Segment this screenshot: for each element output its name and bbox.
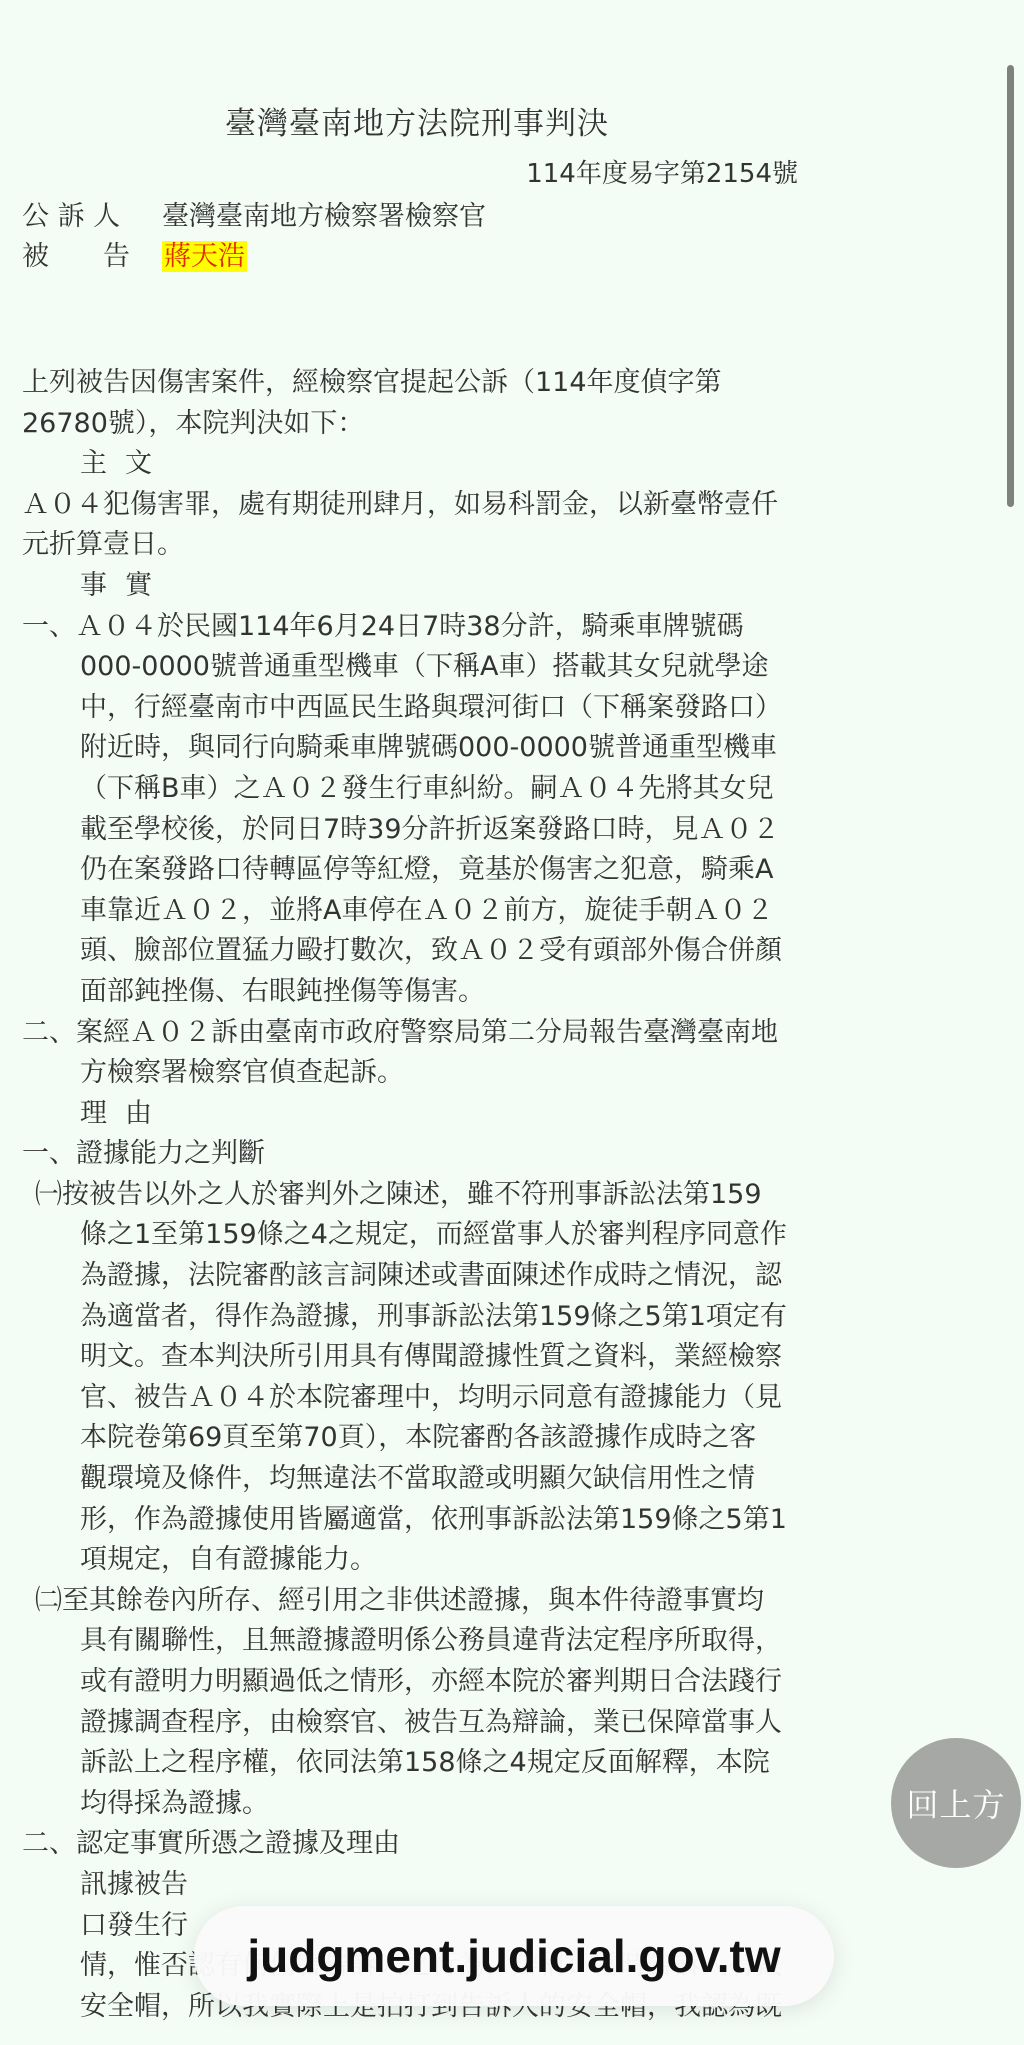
text-line: 具有關聯性，且無證據證明係公務員違背法定程序所取得， [22,1621,827,1662]
prosecutor-name: 臺灣臺南地方檢察署檢察官 [162,201,486,232]
text-line: 條之1至第159條之4之規定，而經當事人於審判程序同意作 [22,1215,827,1256]
text-line: 26780號），本院判決如下： [22,404,827,445]
text-line: ㈡至其餘卷內所存、經引用之非供述證據，與本件待證事實均 [22,1581,827,1622]
defendant-name-highlighted: 蔣天浩 [162,241,247,272]
back-to-top-button[interactable]: 回上方 [891,1738,1021,1868]
text-line: 或有證明力明顯過低之情形，亦經本院於審判期日合法踐行 [22,1662,827,1703]
text-line: 為證據，法院審酌該言詞陳述或書面陳述作成時之情況，認 [22,1256,827,1297]
text-line: 頭、臉部位置猛力毆打數次，致Ａ０２受有頭部外傷合併顏 [22,931,827,972]
text-line: 附近時，與同行向騎乘車牌號碼000-0000號普通重型機車 [22,728,827,769]
text-line: 一、Ａ０４於民國114年6月24日7時38分許，騎乘車牌號碼 [22,607,827,648]
text-line: 項規定，自有證據能力。 [22,1540,827,1581]
url-bar[interactable]: judgment.judicial.gov.tw [194,1906,834,2006]
section-heading: 主文 [22,444,827,485]
defendant-label: 被 告 [22,234,162,273]
section-heading: 理由 [22,1094,827,1135]
text-line: 一、證據能力之判斷 [22,1134,827,1175]
text-line: 訴訟上之程序權，依同法第158條之4規定反面解釋，本院 [22,1743,827,1784]
text-line: 中，行經臺南市中西區民生路與環河街口（下稱案發路口） [22,688,827,729]
prosecutor-label: 公 訴 人 [22,194,162,233]
text-line: 載至學校後，於同日7時39分許折返案發路口時，見Ａ０２ [22,810,827,851]
case-number: 114年度易字第2154號 [526,153,798,190]
judgment-body: 上列被告因傷害案件，經檢察官提起公訴（114年度偵字第26780號），本院判決如… [22,363,827,2027]
text-line: 觀環境及條件，均無違法不當取證或明顯欠缺信用性之情 [22,1459,827,1500]
url-domain: judgment.judicial.gov.tw [247,1929,780,1983]
text-line: （下稱B車）之Ａ０２發生行車糾紛。嗣Ａ０４先將其女兒 [22,769,827,810]
text-line: 二、案經Ａ０２訴由臺南市政府警察局第二分局報告臺灣臺南地 [22,1013,827,1054]
text-line: 仍在案發路口待轉區停等紅燈，竟基於傷害之犯意，騎乘A [22,850,827,891]
text-line: 證據調查程序，由檢察官、被告互為辯論，業已保障當事人 [22,1703,827,1744]
text-line: 形，作為證據使用皆屬適當，依刑事訴訟法第159條之5第1 [22,1500,827,1541]
document-title: 臺灣臺南地方法院刑事判決 [225,98,609,143]
text-line: ㈠按被告以外之人於審判外之陳述，雖不符刑事訴訟法第159 [22,1175,827,1216]
text-line: 為適當者，得作為證據，刑事訴訟法第159條之5第1項定有 [22,1297,827,1338]
text-line: 車靠近Ａ０２，並將A車停在Ａ０２前方，旋徒手朝Ａ０２ [22,891,827,932]
text-line: 二、認定事實所憑之證據及理由 [22,1824,827,1865]
text-line: 官、被告Ａ０４於本院審理中，均明示同意有證據能力（見 [22,1378,827,1419]
text-line: Ａ０４犯傷害罪，處有期徒刑肆月，如易科罰金，以新臺幣壹仟 [22,485,827,526]
text-line: 本院卷第69頁至第70頁），本院審酌各該證據作成時之客 [22,1418,827,1459]
text-line: 面部鈍挫傷、右眼鈍挫傷等傷害。 [22,972,827,1013]
text-line: 均得採為證據。 [22,1784,827,1825]
vertical-scrollbar[interactable] [1007,65,1014,507]
text-line: 元折算壹日。 [22,525,827,566]
prosecutor-row: 公 訴 人臺灣臺南地方檢察署檢察官 [22,194,486,233]
text-line: 上列被告因傷害案件，經檢察官提起公訴（114年度偵字第 [22,363,827,404]
back-to-top-label: 回上方 [906,1780,1005,1826]
text-line: 方檢察署檢察官偵查起訴。 [22,1053,827,1094]
text-line: 000-0000號普通重型機車（下稱A車）搭載其女兒就學途 [22,647,827,688]
defendant-row: 被 告蔣天浩 [22,234,247,273]
text-line: 訊據被告 [22,1865,827,1906]
section-heading: 事實 [22,566,827,607]
text-line: 明文。查本判決所引用具有傳聞證據性質之資料，業經檢察 [22,1337,827,1378]
